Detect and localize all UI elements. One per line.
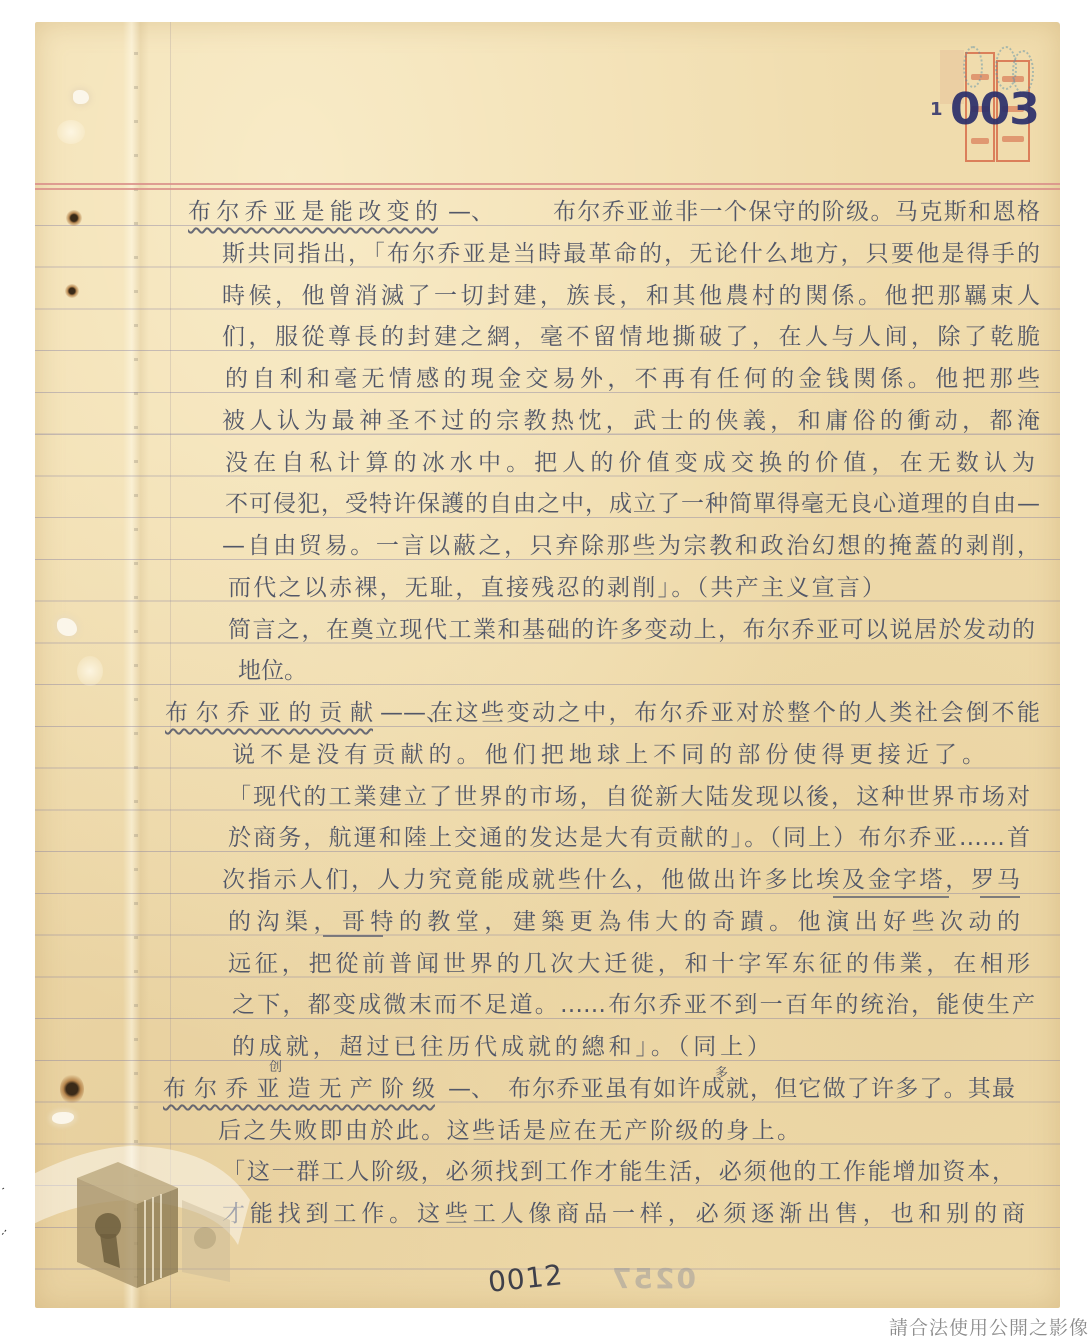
line-text: 在这些变动之中，布尔乔亚对於整个的人类社会倒不能 <box>430 693 1040 735</box>
text-line: 布尔乔亚造无产阶级 —、 布尔乔亚虽有如许成就，但它做了许多了。其最 <box>0 1069 1091 1111</box>
paper-dimple <box>57 120 85 144</box>
line-text: 「现代的工業建立了世界的市场，自從新大陆发现以後，这种世界市场对 <box>228 777 1030 819</box>
text-line: —自由贸易。一言以蔽之，只弃除那些为宗教和政治幻想的掩蓋的剥削， <box>0 526 1091 568</box>
text-line: 的自利和毫无情感的現金交易外，不再有任何的金钱関係。他把那些 <box>0 359 1091 401</box>
text-line: 於商务，航運和陸上交通的发达是大有贡献的」。（同上）布尔乔亚……首 <box>0 818 1091 860</box>
text-line: 被人认为最神圣不过的宗教热忱，武士的侠義，和庸俗的衝动，都淹 <box>0 401 1091 443</box>
heading-dash: —、 <box>448 192 490 234</box>
text-line: 而代之以赤裸，无耻，直接残忍的剥削」。（共产主义宣言） <box>0 568 1091 610</box>
line-text: 於商务，航運和陸上交通的发达是大有贡献的」。（同上）布尔乔亚……首 <box>228 818 1030 860</box>
text-line: 「现代的工業建立了世界的市场，自從新大陆发现以後，这种世界市场对 <box>0 777 1091 819</box>
pencil-underline <box>980 896 1020 898</box>
line-text: 布尔乔亚虽有如许成就，但它做了许多了。其最 <box>508 1069 1015 1111</box>
line-text: 没在自私计算的冰水中。把人的价值变成交换的价值，在无数认为 <box>225 443 1035 485</box>
line-text: 说不是没有贡献的。他们把地球上不同的部份使得更接近了。 <box>232 735 985 777</box>
pencil-underline <box>323 935 383 937</box>
text-line: 说不是没有贡献的。他们把地球上不同的部份使得更接近了。 <box>0 735 1091 777</box>
line-text: 才能找到工作。这些工人像商品一样，必须逐渐出售，也和别的商 <box>222 1194 1025 1236</box>
line-text: 的自利和毫无情感的現金交易外，不再有任何的金钱関係。他把那些 <box>225 359 1040 401</box>
line-text: 后之失败即由於此。这些话是应在无产阶级的身上。 <box>218 1111 800 1153</box>
line-text: 布尔乔亚並非一个保守的阶级。马克斯和恩格 <box>553 192 1040 234</box>
text-line: 不可侵犯，受特许保護的自由之中，成立了一种简單得毫无良心道理的自由— <box>0 484 1091 526</box>
inserted-character: 多 <box>715 1062 728 1081</box>
text-line: 的成就，超过已往历代成就的總和」。（同上） <box>0 1027 1091 1069</box>
faded-blue-stamp <box>963 46 983 88</box>
heading-dash: ——、 <box>380 693 424 735</box>
section-heading: 布尔乔亚是能改变的 <box>188 192 438 234</box>
line-text: 的沟渠，哥特的教堂，建築更為伟大的奇蹟。他演出好些次动的 <box>228 902 1020 944</box>
line-text: 简言之，在奠立现代工業和基础的许多变动上，布尔乔亚可以说居於发动的 <box>228 610 1035 652</box>
line-text: 的成就，超过已往历代成就的總和」。（同上） <box>232 1027 770 1069</box>
text-line: 的沟渠，哥特的教堂，建築更為伟大的奇蹟。他演出好些次动的 <box>0 902 1091 944</box>
section-heading: 布尔乔亚造无产阶级 <box>163 1069 435 1111</box>
line-text: 们，服從尊長的封建之網，毫不留情地撕破了，在人与人间，除了乾脆 <box>222 317 1040 359</box>
text-line: 布尔乔亚的贡献 ——、 在这些变动之中，布尔乔亚对於整个的人类社会倒不能 <box>0 693 1091 735</box>
heading-dash: —、 <box>448 1069 488 1111</box>
bleed-through-number: 0257 <box>610 1262 696 1295</box>
line-text: 不可侵犯，受特许保護的自由之中，成立了一种简單得毫无良心道理的自由— <box>225 484 1040 526</box>
line-text: 時候，他曾消滅了一切封建，族長，和其他農村的関係。他把那羈束人 <box>222 276 1040 318</box>
text-line: 時候，他曾消滅了一切封建，族長，和其他農村的関係。他把那羈束人 <box>0 276 1091 318</box>
text-line: 布尔乔亚是能改变的 —、 布尔乔亚並非一个保守的阶级。马克斯和恩格 <box>0 192 1091 234</box>
stamp-page-number: 003 <box>950 84 1039 135</box>
text-line: 远征，把從前普闻世界的几次大迁徙，和十字军东征的伟業，在相形 <box>0 944 1091 986</box>
line-text: 远征，把從前普闻世界的几次大迁徙，和十字军东征的伟業，在相形 <box>228 944 1030 986</box>
line-text: 而代之以赤裸，无耻，直接残忍的剥削」。（共产主义宣言） <box>228 568 885 610</box>
header-red-rule-bottom <box>35 188 1060 190</box>
section-heading: 布尔乔亚的贡献 <box>165 693 373 735</box>
usage-notice-caption: 請合法使用公開之影像 <box>889 1313 1089 1340</box>
seal-glyph-mark <box>971 138 989 144</box>
header-red-rule-top <box>35 183 1060 185</box>
punch-hole <box>73 90 89 104</box>
text-line: 没在自私计算的冰水中。把人的价值变成交换的价值，在无数认为 <box>0 443 1091 485</box>
line-text: 「这一群工人阶级，必须找到工作才能生活，必须他的工作能增加资本， <box>222 1152 1015 1194</box>
line-text: —自由贸易。一言以蔽之，只弃除那些为宗教和政治幻想的掩蓋的剥削， <box>222 526 1040 568</box>
line-text: 地位。 <box>238 651 338 693</box>
text-line: 们，服從尊長的封建之網，毫不留情地撕破了，在人与人间，除了乾脆 <box>0 317 1091 359</box>
text-line: 斯共同指出，「布尔乔亚是当時最革命的，无论什么地方，只要他是得手的 <box>0 234 1091 276</box>
seal-glyph-mark <box>1002 136 1024 142</box>
archive-logo-icon <box>0 1140 262 1305</box>
line-text: 被人认为最神圣不过的宗教热忱，武士的侠義，和庸俗的衝动，都淹 <box>222 401 1040 443</box>
text-line: 简言之，在奠立现代工業和基础的许多变动上，布尔乔亚可以说居於发动的 <box>0 610 1091 652</box>
line-text: 斯共同指出，「布尔乔亚是当時最革命的，无论什么地方，只要他是得手的 <box>222 234 1040 276</box>
handwritten-text: 布尔乔亚是能改变的 —、 布尔乔亚並非一个保守的阶级。马克斯和恩格 斯共同指出，… <box>0 192 1091 1236</box>
line-text: 之下，都变成微末而不足道。……布尔乔亚不到一百年的统治，能使生产 <box>232 985 1035 1027</box>
text-line: 之下，都变成微末而不足道。……布尔乔亚不到一百年的统治，能使生产 <box>0 985 1091 1027</box>
stamp-prefix: 1 <box>930 99 943 120</box>
inserted-character: 创 <box>269 1056 282 1075</box>
pencil-underline <box>833 896 949 898</box>
text-line: 地位。 <box>0 651 1091 693</box>
